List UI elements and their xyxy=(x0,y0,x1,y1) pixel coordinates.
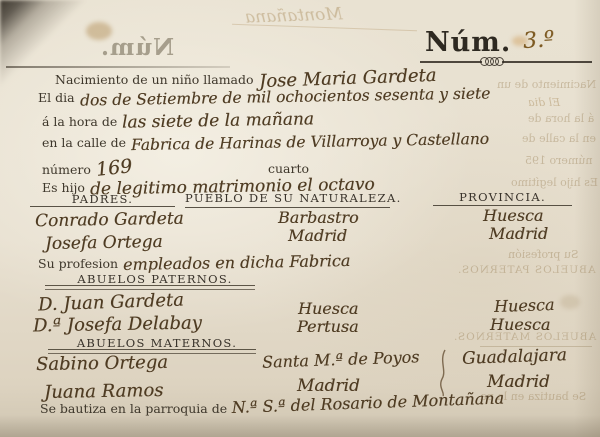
ornament-line xyxy=(502,61,592,63)
section-rule-paternos xyxy=(45,285,255,290)
header-rule-padres xyxy=(30,206,175,207)
column-header-provincia: PROVINCIA. xyxy=(430,190,575,204)
street-line: en la calle de Fabrica de Harinas de Vil… xyxy=(42,133,489,151)
maternal-grandfather-name: Sabino Ortega xyxy=(36,352,168,375)
birth-hour: las siete de la mañana xyxy=(122,109,314,132)
birth-line-printed: Nacimiento de un niño llamado xyxy=(55,72,254,87)
paternal-grandfather-province: Huesca xyxy=(494,295,555,316)
hour-line: á la hora de las siete de la mañana xyxy=(42,111,314,131)
paternal-grandfather-name: D. Juan Gardeta xyxy=(38,289,185,315)
paternal-grandmother-province: Huesca xyxy=(490,315,550,334)
section-header-abuelos-maternos: ABUELOS MATERNOS. xyxy=(62,336,252,350)
birth-date: dos de Setiembre de mil ochocientos sese… xyxy=(79,84,490,109)
street-line-printed: en la calle de xyxy=(42,135,126,150)
bleed-line: Es hijo legítimo xyxy=(511,176,598,189)
maternal-grandfather-birthplace: Santa M.ª de Poyos xyxy=(262,347,420,371)
bleed-line: número 195 xyxy=(525,154,592,167)
bleed-line: Nacimiento de un xyxy=(497,78,596,91)
paternal-grandfather-birthplace: Huesca xyxy=(298,299,358,318)
baptism-printed: Se bautiza en la parroquia de xyxy=(40,401,227,416)
column-header-padres: PADRES. xyxy=(30,192,175,206)
father-name: Conrado Gardeta xyxy=(35,209,184,232)
bottom-edge-shading xyxy=(0,415,600,437)
baptism-parish: N.ª S.ª del Rosario de Montañana xyxy=(231,389,504,417)
number-line: número 169 xyxy=(42,157,132,179)
registry-page: Montañana Núm. Nacimiento de un El dia á… xyxy=(0,0,600,437)
bleed-num-mirror: Núm. xyxy=(100,34,174,61)
paternal-grandmother-birthplace: Pertusa xyxy=(297,317,359,336)
date-line: El dia dos de Setiembre de mil ochocient… xyxy=(38,88,490,106)
mother-birthplace: Madrid xyxy=(288,226,347,245)
street-name: Fabrica de Harinas de Villarroya y Caste… xyxy=(131,130,489,154)
father-birthplace: Barbastro xyxy=(278,208,359,227)
bleed-line: Su profesión xyxy=(508,248,579,261)
ink-stain xyxy=(560,295,580,309)
bleed-line: ABUELOS PATERNOS. xyxy=(457,264,596,276)
column-header-pueblo: PUEBLO DE SU NATURALEZA. xyxy=(185,191,395,205)
paternal-grandmother-name: D.ª Josefa Delabay xyxy=(33,313,202,337)
bleed-line: en la calle de xyxy=(522,132,596,145)
num-value: 3.º xyxy=(522,27,555,54)
ornament-line xyxy=(420,61,482,63)
profession-line: Su profesion empleados en dicha Fabrica xyxy=(38,253,350,272)
floor-label: cuarto xyxy=(268,161,309,176)
num-ornament-rule xyxy=(420,57,592,66)
hour-line-printed: á la hora de xyxy=(42,114,117,129)
baptism-line: Se bautiza en la parroquia de N.ª S.ª de… xyxy=(40,398,505,417)
profession-hand: empleados en dicha Fabrica xyxy=(123,251,351,274)
profession-printed: Su profesion xyxy=(38,256,118,271)
mother-name: Josefa Ortega xyxy=(45,232,163,254)
date-line-printed: El dia xyxy=(38,90,75,105)
bleed-line: El dia xyxy=(528,96,560,109)
section-header-abuelos-paternos: ABUELOS PATERNOS. xyxy=(60,272,250,286)
mother-province: Madrid xyxy=(489,224,548,243)
father-province: Huesca xyxy=(483,206,543,225)
num-label: Núm. xyxy=(425,27,511,58)
number-line-printed: número xyxy=(42,162,91,177)
bleed-line: á la hora de xyxy=(528,112,594,125)
maternal-grandfather-province: Guadalajara xyxy=(462,345,568,369)
